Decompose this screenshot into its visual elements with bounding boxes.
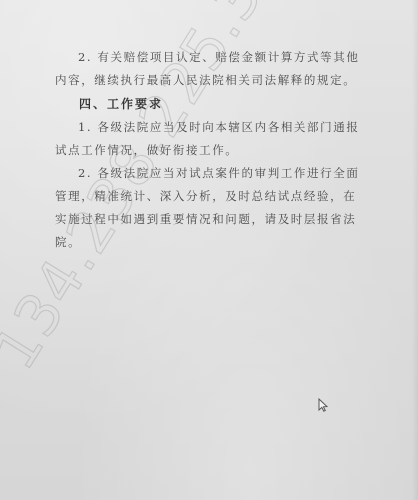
paragraph-requirement-2: 2. 各级法院应当对试点案件的审判工作进行全面管理，精准统计、深入分析，及时总结… xyxy=(55,162,365,254)
page-edge-shadow xyxy=(412,0,418,500)
document-page: 2. 有关赔偿项目认定、赔偿金额计算方式等其他内容，继续执行最高人民法院相关司法… xyxy=(0,0,418,500)
paragraph-requirement-1: 1. 各级法院应当及时向本辖区内各相关部门通报试点工作情况，做好衔接工作。 xyxy=(55,116,365,162)
document-body: 2. 有关赔偿项目认定、赔偿金额计算方式等其他内容，继续执行最高人民法院相关司法… xyxy=(55,46,365,254)
section-heading-work-requirements: 四、工作要求 xyxy=(55,92,365,116)
mouse-pointer-icon xyxy=(318,398,328,412)
paragraph-compensation-items: 2. 有关赔偿项目认定、赔偿金额计算方式等其他内容，继续执行最高人民法院相关司法… xyxy=(55,46,365,92)
